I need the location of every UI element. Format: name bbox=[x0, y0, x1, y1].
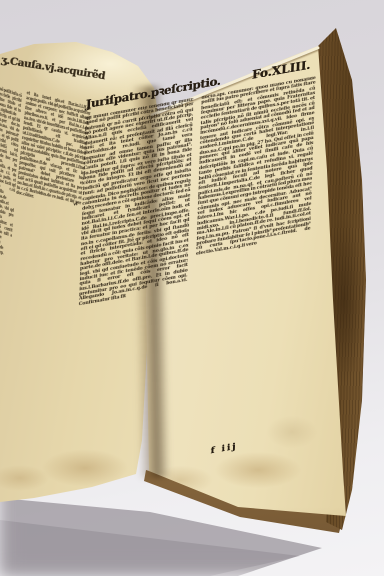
text-column-right: docto.api. cõmunior: quod liſano cũ bona… bbox=[189, 76, 316, 465]
book-photo: ʒ.Cauſa.vj.acquirẽd nõ poſſit iuſta cã e… bbox=[0, 0, 384, 576]
left-running-title: ʒ.Cauſa.vj.acquirẽd bbox=[0, 54, 154, 90]
margin-note: vl bbox=[73, 202, 77, 207]
text-columns: qd innuit cõmuniter eſſe tenendũ qr mult… bbox=[72, 76, 315, 485]
right-page-content: Juriſpatro.pꝛeſcriptio. Fo.XLIII. qd inn… bbox=[72, 55, 319, 500]
text-column-left: qd innuit cõmuniter eſſe tenendũ qr mult… bbox=[72, 98, 193, 486]
